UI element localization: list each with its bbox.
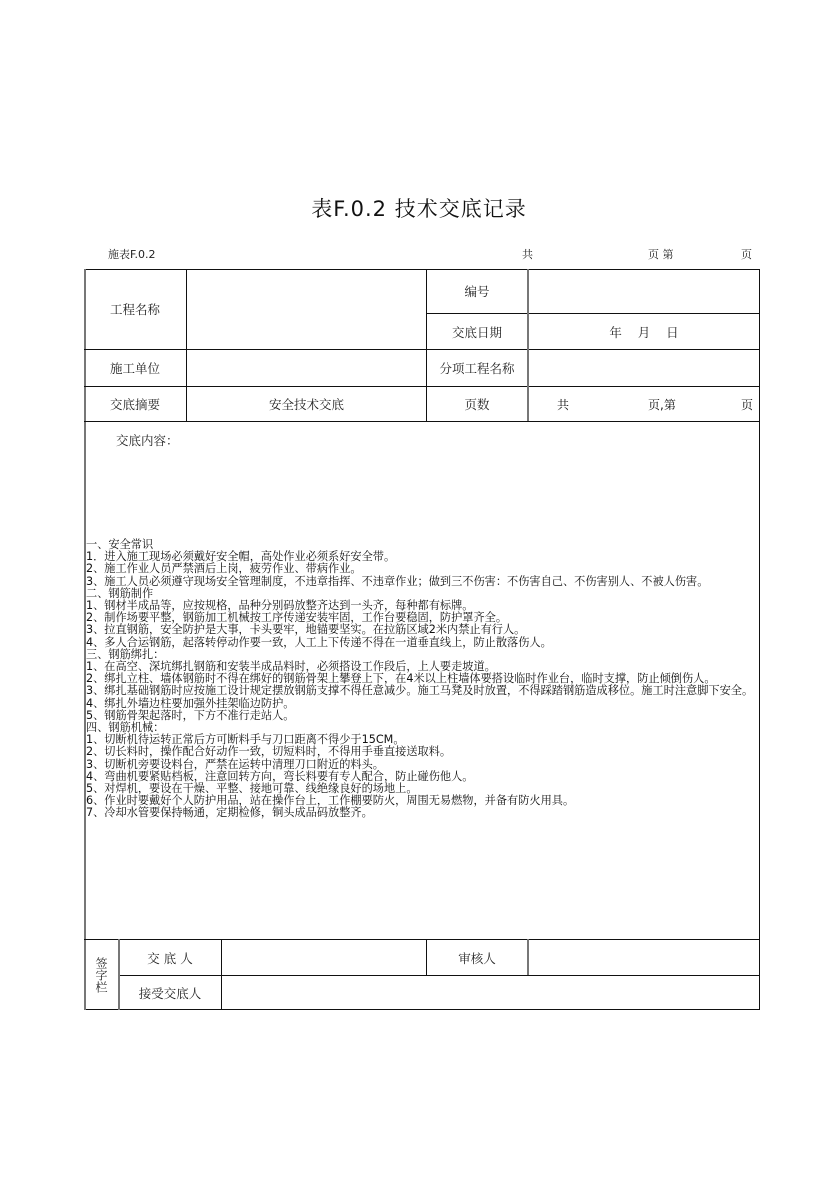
pages-end-label: 页 bbox=[741, 396, 753, 413]
project-name-field[interactable] bbox=[187, 269, 426, 349]
content-line: 3、施工人员必须遵守现场安全管理制度，不违章指挥、不违章作业；做到三不伤害：不伤… bbox=[86, 576, 758, 588]
content-line: 3、拉直钢筋，安全防护是大事，卡头要牢，地锚要坚实。在拉筋区域2米内禁止有行人。 bbox=[86, 624, 758, 636]
page-total-label: 共 bbox=[522, 246, 533, 262]
row-divider-3 bbox=[84, 421, 760, 422]
subproject-field[interactable] bbox=[529, 350, 759, 386]
pages-total-label: 共 bbox=[557, 396, 569, 413]
signature-section-text: 签字栏 bbox=[93, 957, 110, 993]
summary-field[interactable]: 安全技术交底 bbox=[187, 387, 426, 421]
date-label: 交底日期 bbox=[427, 314, 527, 349]
construction-unit-field[interactable] bbox=[187, 350, 426, 386]
reviewer-label: 审核人 bbox=[427, 940, 527, 975]
serial-field[interactable] bbox=[529, 269, 759, 313]
content-line: 2、切长料时，操作配合好动作一致，切短料时，不得用手垂直接送取料。 bbox=[86, 746, 758, 758]
content-line: 3、绑扎基础钢筋时应按施工设计规定摆放钢筋支撑不得任意减少。施工马凳及时放置，不… bbox=[86, 685, 758, 697]
pages-label: 页数 bbox=[427, 387, 527, 421]
content-line: 4、绑扎外墙边柱要加强外挂架临边防护。 bbox=[86, 698, 758, 710]
disclosure-content: 一、安全常识1．进入施工现场必须戴好安全帽，高处作业必须系好安全带。2、施工作业… bbox=[86, 539, 758, 820]
technical-disclosure-table: 工程名称 编号 交底日期 年 月 日 施工单位 分项工程名称 交底摘要 安全技术… bbox=[84, 269, 760, 1010]
content-line: 2、施工作业人员严禁酒后上岗，疲劳作业、带病作业。 bbox=[86, 563, 758, 575]
page-end-label: 页 bbox=[741, 246, 752, 262]
content-line: 7、冷却水管要保持畅通，定期检修，铜头成品码放整齐。 bbox=[86, 807, 758, 819]
content-label: 交底内容： bbox=[116, 431, 179, 449]
content-line: 4、多人合运钢筋，起落转停动作要一致，人工上下传递不得在一道垂直线上，防止散落伤… bbox=[86, 637, 758, 649]
form-code: 施表F.0.2 bbox=[108, 246, 156, 262]
receiver-label: 接受交底人 bbox=[119, 976, 221, 1009]
project-name-label: 工程名称 bbox=[84, 269, 186, 349]
receiver-field[interactable] bbox=[222, 976, 759, 1009]
summary-label: 交底摘要 bbox=[84, 387, 186, 421]
serial-label: 编号 bbox=[427, 269, 527, 313]
signature-section-label: 签字栏 bbox=[85, 940, 118, 1010]
subproject-label: 分项工程名称 bbox=[427, 350, 527, 386]
content-line: 5、钢筋骨架起落时，下方不准行走站人。 bbox=[86, 710, 758, 722]
border-right bbox=[759, 269, 760, 1010]
discloser-field[interactable] bbox=[222, 940, 426, 975]
reviewer-field[interactable] bbox=[529, 940, 759, 975]
document-title: 表F.0.2 技术交底记录 bbox=[0, 193, 838, 223]
discloser-label: 交 底 人 bbox=[119, 940, 221, 975]
pages-mid-label: 页,第 bbox=[648, 396, 676, 413]
construction-unit-label: 施工单位 bbox=[84, 350, 186, 386]
border-bottom bbox=[84, 1009, 760, 1010]
page-mid-label: 页 第 bbox=[648, 246, 674, 262]
pages-field[interactable]: 共 页,第 页 bbox=[529, 387, 759, 421]
date-field[interactable]: 年 月 日 bbox=[529, 314, 759, 349]
